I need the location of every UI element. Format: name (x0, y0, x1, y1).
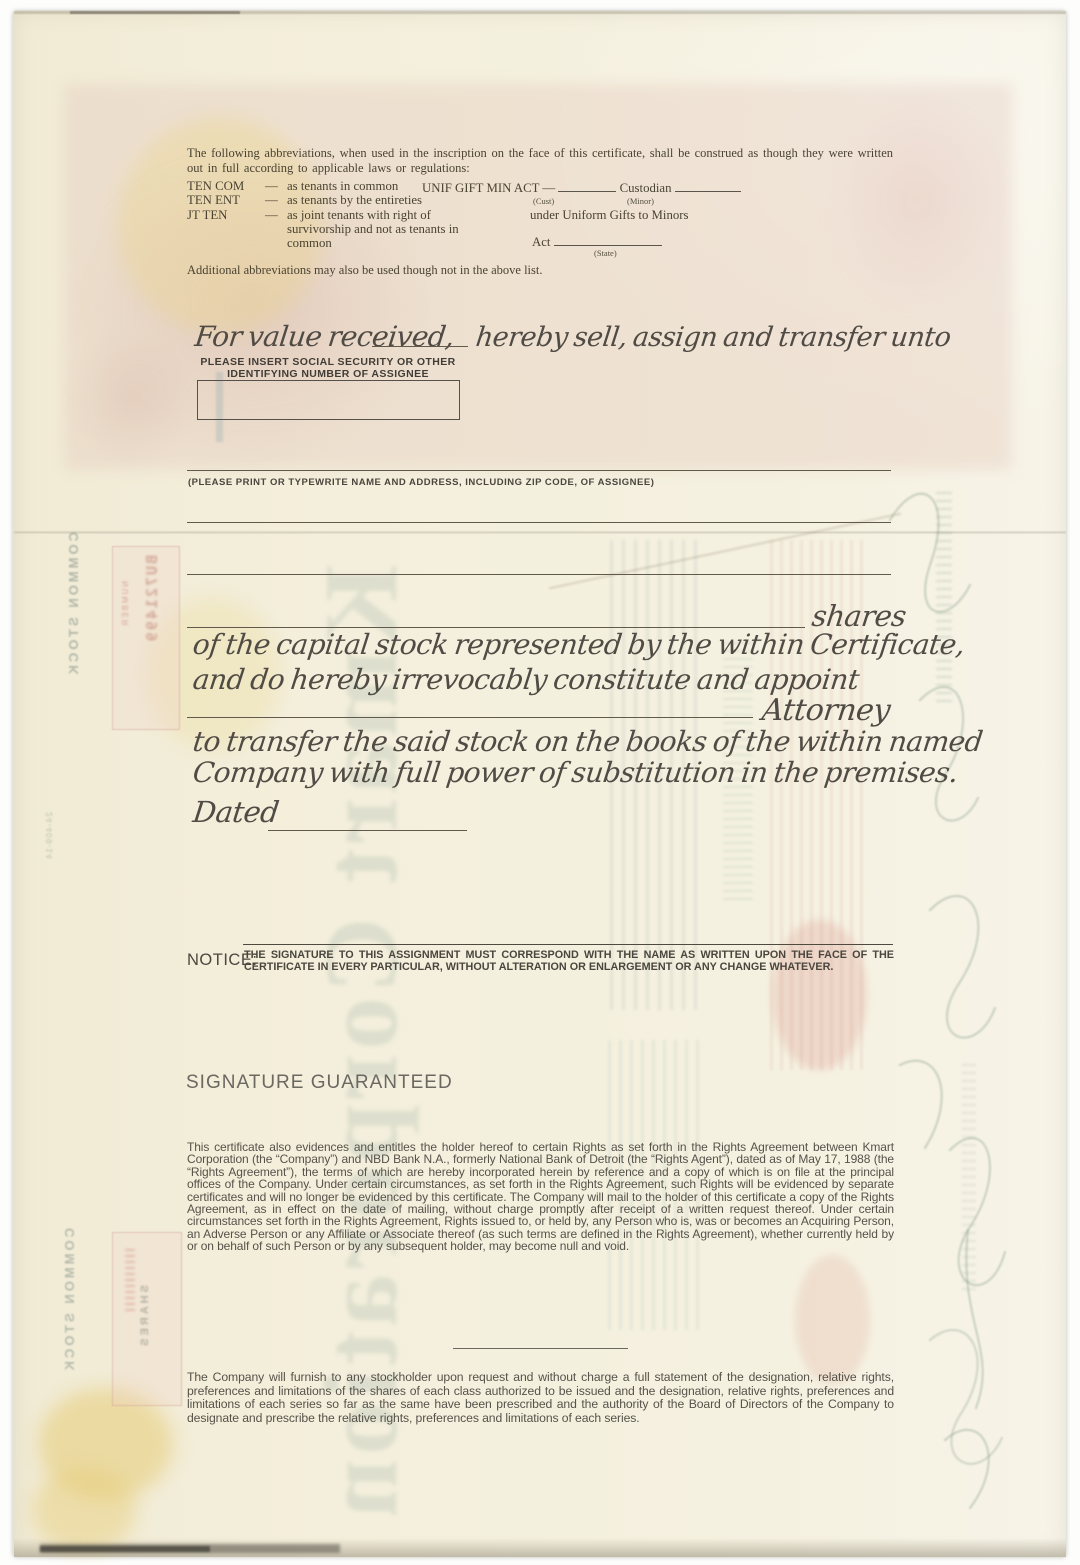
dated-blank-line (268, 830, 467, 831)
abbrev-code: JT TEN (187, 208, 265, 222)
abbrev-dash: — (265, 193, 287, 207)
assignee-address-line (187, 522, 891, 523)
assignor-blank-line (372, 346, 468, 347)
capital-stock-script-line2: and do hereby irrevocably constitute and… (191, 663, 861, 696)
abbreviation-row: JT TEN — as joint tenants with right of … (187, 208, 517, 251)
abbrev-dash: — (265, 179, 287, 193)
capital-stock-script-line1: of the capital stock represented by the … (191, 628, 966, 661)
under-uniform-gifts-line: under Uniform Gifts to Minors (530, 208, 689, 223)
abbrev-meaning: as joint tenants with right of survivors… (287, 208, 497, 251)
transfer-script-line2: Company with full power of substitution … (191, 756, 960, 789)
for-value-received-script: For value received, (193, 320, 456, 353)
ssn-entry-box (197, 380, 460, 420)
notice-top-rule (243, 944, 893, 945)
assignee-address-line2 (187, 574, 891, 575)
attorney-blank-line (187, 717, 753, 718)
section-divider-rule (453, 1348, 628, 1349)
signature-guaranteed-label: SIGNATURE GUARANTEED (186, 1072, 453, 1094)
sell-assign-transfer-script: hereby sell, assign and transfer unto (474, 322, 952, 353)
act-label: Act (532, 235, 550, 249)
cust-hint: (Cust) (533, 196, 554, 206)
minor-hint: (Minor) (627, 196, 654, 206)
certificate-back-scan: Kmart Corporation COMMON STOCK COMMON ST… (0, 0, 1080, 1565)
minor-name-blank (675, 179, 741, 192)
unif-gift-min-act-row: UNIF GIFT MIN ACT — Custodian (422, 179, 741, 196)
rights-agreement-paragraph: This certificate also evidences and enti… (187, 1141, 894, 1253)
custodian-name-blank (558, 179, 616, 192)
custodian-label: Custodian (620, 181, 672, 195)
furnish-statement-paragraph: The Company will furnish to any stockhol… (187, 1371, 894, 1425)
dated-script-label: Dated (191, 795, 281, 829)
ghost-handwriting-lower (880, 1300, 1040, 1500)
abbrev-code: TEN ENT (187, 193, 265, 207)
additional-abbreviations-note: Additional abbreviations may also be use… (187, 263, 543, 278)
transfer-script-line1: to transfer the said stock on the books … (191, 725, 984, 758)
ssn-instruction-label: PLEASE INSERT SOCIAL SECURITY OR OTHER I… (197, 357, 459, 381)
notice-text: THE SIGNATURE TO THIS ASSIGNMENT MUST CO… (244, 950, 894, 973)
ssn-instruction-line2: IDENTIFYING NUMBER OF ASSIGNEE (197, 369, 459, 381)
abbreviations-intro: The following abbreviations, when used i… (187, 146, 893, 176)
abbrev-dash: — (265, 208, 287, 222)
unif-gift-label: UNIF GIFT MIN ACT — (422, 181, 555, 195)
print-or-typewrite-hint: (PLEASE PRINT OR TYPEWRITE NAME AND ADDR… (188, 477, 654, 488)
state-blank (554, 233, 662, 246)
attorney-script-label: Attorney (760, 693, 892, 728)
assignee-name-line (187, 470, 891, 471)
abbrev-code: TEN COM (187, 179, 265, 193)
state-hint: (State) (594, 248, 617, 258)
